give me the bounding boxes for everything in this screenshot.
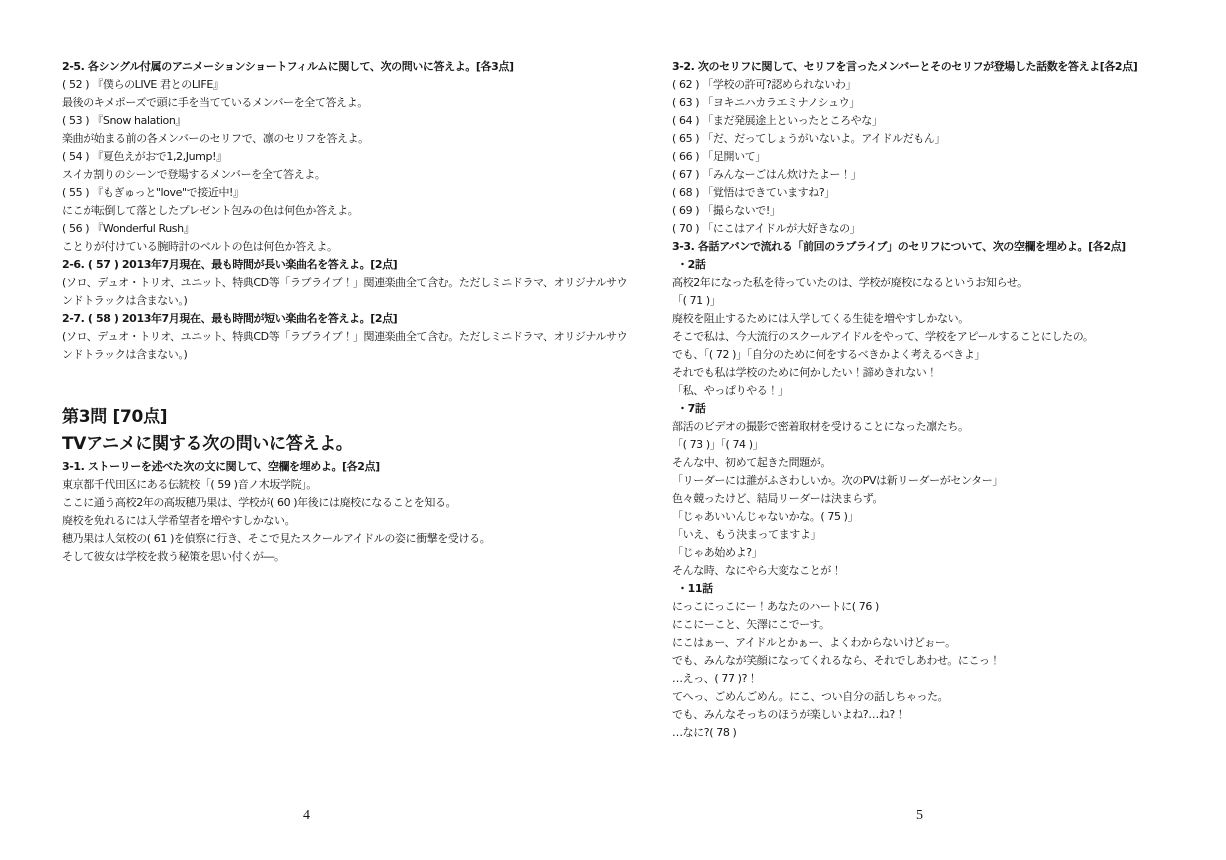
question-54-title: ( 54 ) 『夏色えがおで1,2,Jump!』 — [62, 148, 614, 166]
section-heading-2-7: 2-7. ( 58 ) 2013年7月現在、最も時間が短い楽曲名を答えよ。[2点… — [62, 310, 614, 328]
aban-line: てへっ、ごめんごめん。にこ、つい自分の話しちゃった。 — [672, 688, 1224, 706]
question-52-prompt: 最後のキメポーズで頭に手を当てているメンバーを全て答えよ。 — [62, 94, 614, 112]
quote-item-62: ( 62 ) 「学校の許可?認められないわ」 — [672, 76, 1224, 94]
aban-line: にっこにっこにー！あなたのハートに( 76 ) — [672, 598, 1224, 616]
quote-item-64: ( 64 ) 「まだ発展途上といったところやな」 — [672, 112, 1224, 130]
quote-item-65: ( 65 ) 「だ、だってしょうがいないよ。アイドルだもん」 — [672, 130, 1224, 148]
aban-line: …えっ、( 77 )?！ — [672, 670, 1224, 688]
page-number-5: 5 — [613, 808, 1226, 824]
episode-2-label: ・2話 — [672, 256, 1224, 274]
aban-line: 「いえ、もう決まってますよ」 — [672, 526, 1224, 544]
section-2-7-note-line-2: ンドトラックは含まない。) — [62, 346, 614, 364]
section-heading-3-3: 3-3. 各話アバンで流れる「前回のラブライブ」のセリフについて、次の空欄を埋め… — [672, 238, 1224, 256]
page-4: 2-5. 各シングル付属のアニメーションショートフィルムに関して、次の問いに答え… — [62, 58, 614, 566]
aban-line: 「リーダーには誰がふさわしいか。次のPVは新リーダーがセンター」 — [672, 472, 1224, 490]
part-3-subtitle: TVアニメに関する次の問いに答えよ。 — [62, 431, 614, 458]
aban-line: 色々競ったけど、結局リーダーは決まらず。 — [672, 490, 1224, 508]
question-56-title: ( 56 ) 『Wonderful Rush』 — [62, 220, 614, 238]
aban-line: にこにーこと、矢澤にこでーす。 — [672, 616, 1224, 634]
quote-item-69: ( 69 ) 「撮らないで!」 — [672, 202, 1224, 220]
page-number-4: 4 — [0, 808, 613, 824]
episode-11-label: ・11話 — [672, 580, 1224, 598]
aban-line: でも、みんなそっちのほうが楽しいよね?…ね?！ — [672, 706, 1224, 724]
quote-item-63: ( 63 ) 「ヨキニハカラエミナノシュウ」 — [672, 94, 1224, 112]
section-2-6-note-line-2: ンドトラックは含まない。) — [62, 292, 614, 310]
story-line: 廃校を免れるには入学希望者を増やすしかない。 — [62, 512, 614, 530]
part-3-title: 第3問 [70点] — [62, 404, 614, 431]
aban-line: 廃校を阻止するためには入学してくる生徒を増やすしかない。 — [672, 310, 1224, 328]
page-5: 3-2. 次のセリフに関して、セリフを言ったメンバーとそのセリフが登場した話数を… — [672, 58, 1224, 742]
aban-line: 部活のビデオの撮影で密着取材を受けることになった凛たち。 — [672, 418, 1224, 436]
episode-7-label: ・7話 — [672, 400, 1224, 418]
aban-line: そんな中、初めて起きた問題が。 — [672, 454, 1224, 472]
aban-line: 「私、やっぱりやる！」 — [672, 382, 1224, 400]
aban-line: 「じゃあ始めよ?」 — [672, 544, 1224, 562]
story-line: 穂乃果は人気校の( 61 )を偵察に行き、そこで見たスクールアイドルの姿に衝撃を… — [62, 530, 614, 548]
aban-line: …なに?( 78 ) — [672, 724, 1224, 742]
document-spread: { "page4": { "page_number": "4", "s25_he… — [0, 0, 1226, 860]
story-line: そして彼女は学校を救う秘策を思い付くが―。 — [62, 548, 614, 566]
question-56-prompt: ことりが付けている腕時計のベルトの色は何色か答えよ。 — [62, 238, 614, 256]
question-54-prompt: スイカ割りのシーンで登場するメンバーを全て答えよ。 — [62, 166, 614, 184]
aban-line: でも、「( 72 )」「自分のために何をするべきかよく考えるべきよ」 — [672, 346, 1224, 364]
section-heading-2-5: 2-5. 各シングル付属のアニメーションショートフィルムに関して、次の問いに答え… — [62, 58, 614, 76]
aban-line: でも、みんなが笑顔になってくれるなら、それでしあわせ。にこっ！ — [672, 652, 1224, 670]
aban-line: 「( 73 )」「( 74 )」 — [672, 436, 1224, 454]
aban-line: 高校2年になった私を待っていたのは、学校が廃校になるというお知らせ。 — [672, 274, 1224, 292]
story-line: ここに通う高校2年の高坂穂乃果は、学校が( 60 )年後には廃校になることを知る… — [62, 494, 614, 512]
quote-item-68: ( 68 ) 「覚悟はできていますね?」 — [672, 184, 1224, 202]
aban-line: 「じゃあいいんじゃないかな。( 75 )」 — [672, 508, 1224, 526]
question-53-prompt: 楽曲が始まる前の各メンバーのセリフで、凛のセリフを答えよ。 — [62, 130, 614, 148]
quote-item-67: ( 67 ) 「みんなーごはん炊けたよー！」 — [672, 166, 1224, 184]
section-heading-2-6: 2-6. ( 57 ) 2013年7月現在、最も時間が長い楽曲名を答えよ。[2点… — [62, 256, 614, 274]
question-55-title: ( 55 ) 『もぎゅっと"love"で接近中!』 — [62, 184, 614, 202]
aban-line: そこで私は、今大流行のスクールアイドルをやって、学校をアピールすることにしたの。 — [672, 328, 1224, 346]
aban-line: にこはぁー、アイドルとかぁー、よくわからないけどぉー。 — [672, 634, 1224, 652]
quote-item-70: ( 70 ) 「にこはアイドルが大好きなの」 — [672, 220, 1224, 238]
section-2-7-note-line-1: (ソロ、デュオ・トリオ、ユニット、特典CD等「ラブライブ！」関連楽曲全て含む。た… — [62, 328, 614, 346]
question-53-title: ( 53 ) 『Snow halation』 — [62, 112, 614, 130]
section-heading-3-1: 3-1. ストーリーを述べた次の文に関して、空欄を埋めよ。[各2点] — [62, 458, 614, 476]
story-line: 東京都千代田区にある伝統校「( 59 )音ノ木坂学院」。 — [62, 476, 614, 494]
quote-item-66: ( 66 ) 「足開いて」 — [672, 148, 1224, 166]
aban-line: それでも私は学校のために何かしたい！諦めきれない！ — [672, 364, 1224, 382]
question-55-prompt: にこが転倒して落としたプレゼント包みの色は何色か答えよ。 — [62, 202, 614, 220]
question-52-title: ( 52 ) 『僕らのLIVE 君とのLIFE』 — [62, 76, 614, 94]
aban-line: そんな時、なにやら大変なことが！ — [672, 562, 1224, 580]
aban-line: 「( 71 )」 — [672, 292, 1224, 310]
section-heading-3-2: 3-2. 次のセリフに関して、セリフを言ったメンバーとそのセリフが登場した話数を… — [672, 58, 1224, 76]
section-2-6-note-line-1: (ソロ、デュオ・トリオ、ユニット、特典CD等「ラブライブ！」関連楽曲全て含む。た… — [62, 274, 614, 292]
